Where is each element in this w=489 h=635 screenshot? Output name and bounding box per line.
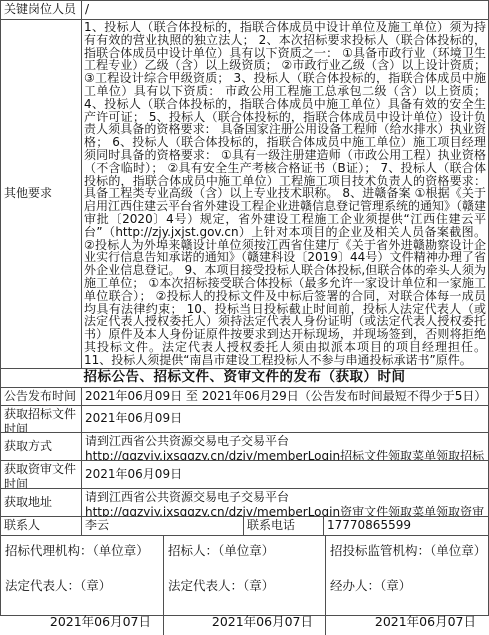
table-row: 获取资审文件时间 2021年06月09日	[1, 460, 488, 488]
table-row: 获取地址 请到江西省公共资源交易电子交易平台 http://ggzyjy.jxs…	[1, 488, 488, 516]
key-position-label: 关键岗位人员	[1, 1, 81, 19]
key-position-value: /	[81, 1, 488, 19]
table-row: 关键岗位人员 /	[1, 1, 488, 19]
agency-rep-line: 法定代表人：（章）	[5, 578, 159, 594]
publish-time-label: 公告发布时间	[1, 388, 81, 405]
bid-announcement-table: 关键岗位人员 / 其他要求 1、投标人（联合体投标的，指联合体成员中设计单位及施…	[0, 0, 489, 616]
obtain-bid-doc-time-label: 获取招标文件时间	[1, 406, 81, 432]
other-requirements-text: 1、投标人（联合体投标的，指联合体成员中设计单位及施工单位）须为持有有效的营业执…	[81, 20, 488, 368]
obtain-address-label: 获取地址	[1, 489, 81, 516]
tenderer-date: 2021年06月07日	[168, 614, 321, 630]
obtain-bid-doc-time-value: 2021年06月09日	[81, 406, 488, 432]
other-requirements-label: 其他要求	[1, 20, 81, 368]
contact-phone-label: 联系电话	[243, 517, 323, 535]
agency-date: 2021年06月07日	[5, 614, 159, 630]
obtain-method-label: 获取方式	[1, 433, 81, 460]
obtain-address-value: 请到江西省公共资源交易电子交易平台 http://ggzyjy.jxsggzy.…	[81, 489, 488, 516]
regulator-date: 2021年06月07日	[330, 614, 484, 630]
signature-block-regulator: 招投标监管机构：（单位章） 经办人：（章） 2021年06月07日	[325, 536, 488, 635]
table-row: 招标公告、招标文件、资审文件的发布（获取）时间	[1, 368, 488, 387]
signature-row: 招标代理机构：（单位章） 法定代表人：（章） 2021年06月07日 招标人：（…	[1, 535, 488, 635]
table-row: 获取招标文件时间 2021年06月09日	[1, 405, 488, 432]
section-header: 招标公告、招标文件、资审文件的发布（获取）时间	[1, 369, 488, 387]
publish-time-value: 2021年06月09日 至 2021年06月29日（公告发布时间最短不得少于5日…	[81, 388, 488, 405]
regulator-seal-line: 招投标监管机构：（单位章）	[330, 543, 484, 559]
tenderer-seal-line: 招标人：（单位章）	[168, 543, 321, 559]
regulator-handler-line: 经办人：（章）	[330, 578, 484, 594]
table-row: 获取方式 请到江西省公共资源交易电子交易平台 http://ggzyjy.jxs…	[1, 432, 488, 460]
signature-block-tenderer: 招标人：（单位章） 法定代表人：（章） 2021年06月07日	[163, 536, 325, 635]
obtain-prequal-doc-time-value: 2021年06月09日	[81, 461, 488, 488]
signature-block-agency: 招标代理机构：（单位章） 法定代表人：（章） 2021年06月07日	[1, 536, 163, 635]
agency-seal-line: 招标代理机构：（单位章）	[5, 543, 159, 559]
table-row: 联系人 李云 联系电话 17770865599	[1, 516, 488, 535]
contact-name-label: 联系人	[1, 517, 81, 535]
obtain-prequal-doc-time-label: 获取资审文件时间	[1, 461, 81, 488]
contact-name-value: 李云	[81, 517, 243, 535]
contact-phone-value: 17770865599	[323, 517, 488, 535]
tenderer-rep-line: 法定代表人：（章）	[168, 578, 321, 594]
table-row: 其他要求 1、投标人（联合体投标的，指联合体成员中设计单位及施工单位）须为持有有…	[1, 19, 488, 368]
obtain-method-value: 请到江西省公共资源交易电子交易平台 http://ggzyjy.jxsggzy.…	[81, 433, 488, 460]
table-row: 公告发布时间 2021年06月09日 至 2021年06月29日（公告发布时间最…	[1, 387, 488, 405]
